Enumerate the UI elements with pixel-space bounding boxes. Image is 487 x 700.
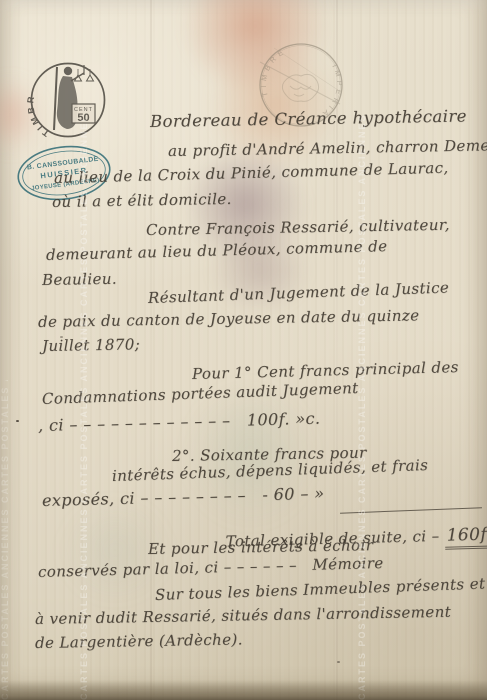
manuscript-line: au profit d'André Amelin, charron Demeur… (168, 136, 487, 160)
timbre-value-text: 50 (77, 112, 89, 124)
timbre-label-text: TIMBRE (26, 54, 51, 139)
manuscript-line: à venir dudit Ressarié, situés dans l'ar… (35, 603, 451, 628)
manuscript-amount-line: exposés, ci – – – – – – – – - 60 – » (42, 484, 325, 510)
postmark-eagle-motif (282, 74, 318, 101)
paper-crease (150, 0, 152, 700)
photo-edge-shadow (0, 680, 487, 700)
manuscript-line: où il a et élit domicile. (52, 190, 232, 211)
manuscript-line: Résultant d'un Jugement de la Justice (148, 278, 450, 307)
timbre-fiscal-stamp: TIMBRE CENT 50 (26, 54, 110, 146)
manuscript-line: de Largentière (Ardèche). (35, 630, 243, 652)
watermark-strip: CARTES POSTALES ANCIENNES CARTES POSTALE… (0, 380, 14, 700)
manuscript-line: Beaulieu. (42, 270, 117, 289)
manuscript-line: conservés par la loi, ci – – – – – – Mém… (38, 554, 384, 581)
postmark-cancel-line (260, 62, 340, 104)
manuscript-line: Juillet 1870; (42, 335, 140, 355)
manuscript-line: Condamnations portées audit Jugement (42, 379, 359, 408)
manuscript-line: Contre François Ressarié, cultivateur, (146, 216, 450, 239)
manuscript-amount-line: , ci – – – – – – – – – – – – 100f. »c. (38, 409, 321, 435)
manuscript-line: Sur tous les biens Immeubles présents et (155, 574, 486, 604)
ink-speck (16, 420, 19, 422)
ink-speck (337, 661, 340, 663)
scanned-document-page: TIMBRE IMPERIAL TIMBRE (0, 0, 487, 700)
manuscript-line: Bordereau de Créance hypothécaire (150, 106, 467, 131)
ink-speck (60, 336, 63, 338)
postmark-top-text: TIMBRE (259, 46, 288, 98)
manuscript-line: de paix du canton de Joyeuse en date du … (38, 306, 420, 331)
total-amount: 160f. »c (444, 524, 487, 550)
timbre-denomination: CENT 50 (72, 104, 95, 124)
